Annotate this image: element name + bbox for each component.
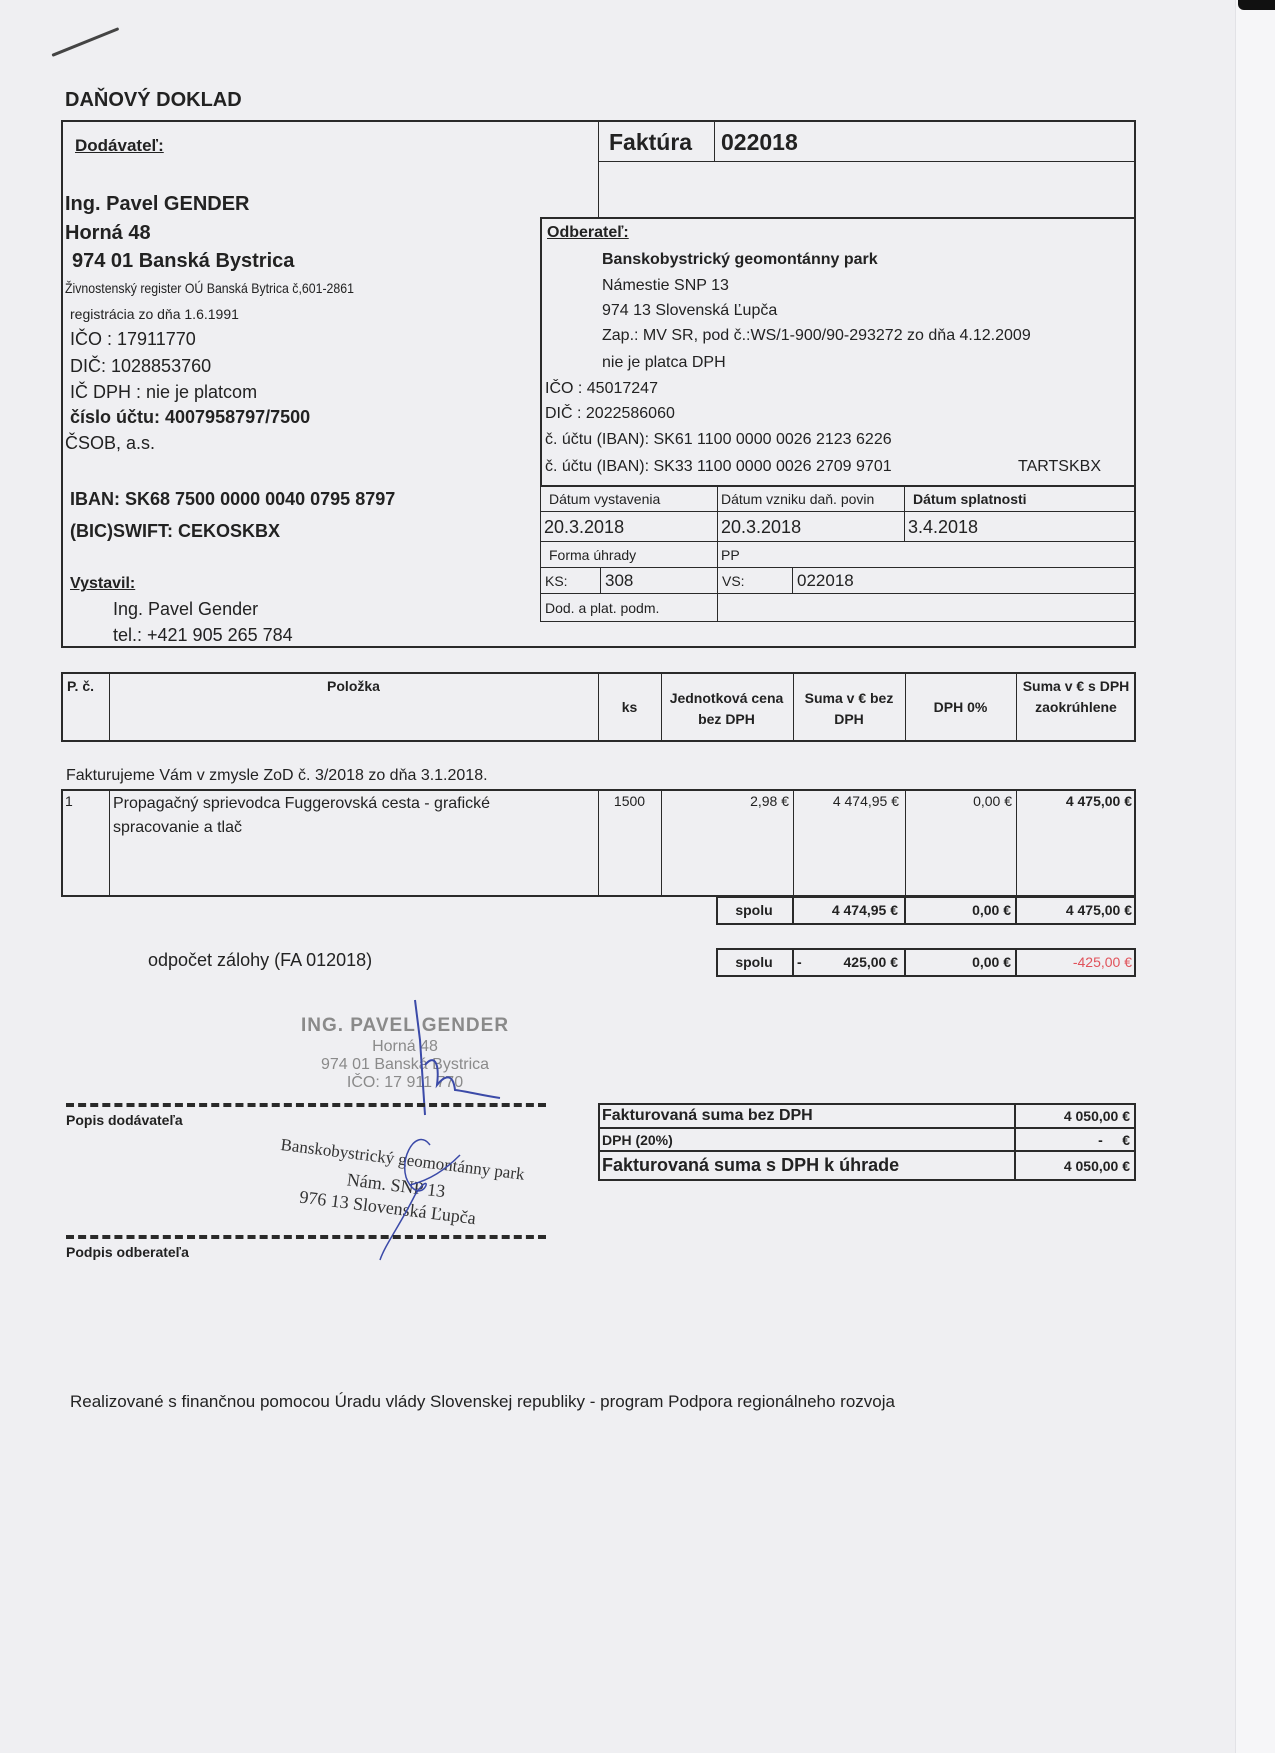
issue-date: 20.3.2018	[544, 517, 624, 538]
invoice-label-cell: Faktúra	[598, 120, 715, 162]
supplier-dic: DIČ: 1028853760	[70, 356, 211, 377]
col-number: P. č.	[67, 678, 94, 694]
summary-net-label: Fakturovaná suma bez DPH	[602, 1107, 813, 1125]
supplier-account: číslo účtu: 4007958797/7500	[70, 407, 310, 428]
deduction-sum-gross: -425,00 €	[1073, 954, 1132, 970]
payment-form-cell: PP	[717, 541, 1136, 568]
supplier-registration: registrácia zo dňa 1.6.1991	[70, 306, 239, 322]
total-label: spolu	[716, 902, 792, 918]
issuer-phone: tel.: +421 905 265 784	[113, 625, 293, 646]
deduction-sum-net: 425,00 €	[844, 954, 899, 970]
ks-label-cell: KS:	[540, 567, 601, 594]
page-corner	[1238, 0, 1275, 10]
vs-value: 022018	[797, 571, 854, 591]
customer-swift: TARTSKBX	[1018, 458, 1101, 476]
customer-iban-2: č. účtu (IBAN): SK33 1100 0000 0026 2709…	[545, 458, 892, 476]
tax-date-label: Dátum vzniku daň. povin	[721, 491, 874, 507]
summary-vat-label: DPH (20%)	[602, 1132, 673, 1148]
ks-value: 308	[605, 571, 633, 591]
total-sum-net: 4 474,95 €	[832, 902, 898, 918]
supplier-ico: IČO : 17911770	[70, 329, 196, 350]
page-edge	[1235, 0, 1275, 1753]
ks-cell: 308	[600, 567, 718, 594]
invoice-label: Faktúra	[609, 129, 692, 156]
customer-signature-icon	[355, 1125, 465, 1265]
row-unit-price: 2,98 €	[750, 793, 789, 809]
footer-note: Realizované s finančnou pomocou Úradu vl…	[70, 1392, 895, 1412]
payment-form-label-cell: Forma úhrady	[540, 541, 718, 568]
summary-net: 4 050,00 €	[1064, 1108, 1130, 1124]
supplier-iban: IBAN: SK68 7500 0000 0040 0795 8797	[70, 489, 395, 510]
deduction-vat: 0,00 €	[972, 954, 1011, 970]
supplier-bank: ČSOB, a.s.	[65, 433, 155, 454]
terms-label: Dod. a plat. podm.	[545, 600, 659, 616]
due-date-cell: 3.4.2018	[904, 511, 1136, 542]
supplier-swift: (BIC)SWIFT: CEKOSKBX	[70, 521, 280, 542]
row-qty: 1500	[598, 793, 661, 809]
terms-cell	[717, 593, 1136, 622]
supplier-name: Ing. Pavel GENDER	[65, 193, 250, 216]
supplier-signature-label: Popis dodávateľa	[66, 1112, 183, 1128]
total-sum-gross: 4 475,00 €	[1066, 902, 1132, 918]
customer-ico: IČO : 45017247	[545, 380, 658, 398]
payment-form-label: Forma úhrady	[549, 547, 636, 563]
summary-gross-label: Fakturovaná suma s DPH k úhrade	[602, 1155, 899, 1176]
deduction-label: spolu	[716, 954, 792, 970]
invoice-number: 022018	[721, 129, 798, 156]
vs-cell: 022018	[792, 567, 1136, 594]
supplier-ic-dph: IČ DPH : nie je platcom	[70, 382, 257, 403]
customer-heading: Odberateľ:	[547, 224, 629, 242]
supplier-signature-line	[66, 1103, 546, 1107]
customer-vat-status: nie je platca DPH	[602, 354, 726, 372]
row-vat: 0,00 €	[973, 793, 1012, 809]
customer-street: Námestie SNP 13	[602, 277, 729, 295]
divider	[598, 161, 599, 217]
tax-date-label-cell: Dátum vzniku daň. povin	[717, 486, 905, 512]
vs-label: VS:	[722, 573, 745, 589]
invoice-number-cell: 022018	[714, 120, 1136, 162]
col-sum-net: Suma v € bez DPH	[795, 688, 903, 730]
customer-signature-line	[66, 1235, 546, 1239]
supplier-register: Živnostenský register OÚ Banská Bytrica …	[65, 280, 354, 296]
row-number: 1	[65, 793, 73, 809]
total-vat: 0,00 €	[972, 902, 1011, 918]
customer-dic: DIČ : 2022586060	[545, 405, 675, 423]
customer-city: 974 13 Slovenská Ľupča	[602, 302, 777, 320]
row-sum-gross: 4 475,00 €	[1066, 793, 1132, 809]
customer-signature-label: Podpis odberateľa	[66, 1244, 189, 1260]
document-title: DAŇOVÝ DOKLAD	[65, 89, 242, 112]
issuer-name: Ing. Pavel Gender	[113, 599, 258, 620]
summary-vat: - €	[1098, 1132, 1130, 1148]
ks-label: KS:	[545, 573, 568, 589]
payment-form: PP	[721, 547, 740, 563]
supplier-street: Horná 48	[65, 222, 151, 245]
vs-label-cell: VS:	[717, 567, 793, 594]
row-sum-net: 4 474,95 €	[833, 793, 899, 809]
issuer-heading: Vystavil:	[70, 575, 135, 593]
items-intro: Fakturujeme Vám v zmysle ZoD č. 3/2018 z…	[66, 767, 488, 785]
due-date-label: Dátum splatnosti	[913, 491, 1027, 507]
col-unit-price: Jednotková cena bez DPH	[669, 688, 784, 730]
supplier-city: 974 01 Banská Bystrica	[72, 250, 294, 273]
customer-registration: Zap.: MV SR, pod č.:WS/1-900/90-293272 z…	[602, 327, 1031, 345]
customer-name: Banskobystrický geomontánny park	[602, 251, 878, 269]
deduction-description: odpočet zálohy (FA 012018)	[148, 950, 372, 971]
customer-iban-1: č. účtu (IBAN): SK61 1100 0000 0026 2123…	[545, 431, 892, 449]
row-item: Propagačný sprievodca Fuggerovská cesta …	[113, 792, 573, 840]
col-sum-gross: Suma v € s DPH zaokrúhlene	[1022, 676, 1130, 718]
deduction-sign: -	[797, 954, 802, 970]
supplier-heading: Dodávateľ:	[75, 136, 164, 156]
summary-gross: 4 050,00 €	[1064, 1158, 1130, 1174]
issue-date-label-cell: Dátum vystavenia	[540, 486, 718, 512]
col-vat: DPH 0%	[905, 699, 1016, 715]
due-date-label-cell: Dátum splatnosti	[904, 486, 1136, 512]
terms-label-cell: Dod. a plat. podm.	[540, 593, 718, 622]
pencil-mark	[51, 27, 119, 57]
col-qty: ks	[598, 699, 661, 715]
col-item: Položka	[109, 678, 598, 694]
tax-date: 20.3.2018	[721, 517, 801, 538]
tax-date-cell: 20.3.2018	[717, 511, 905, 542]
due-date: 3.4.2018	[908, 517, 978, 538]
issue-date-label: Dátum vystavenia	[549, 491, 660, 507]
issue-date-cell: 20.3.2018	[540, 511, 718, 542]
